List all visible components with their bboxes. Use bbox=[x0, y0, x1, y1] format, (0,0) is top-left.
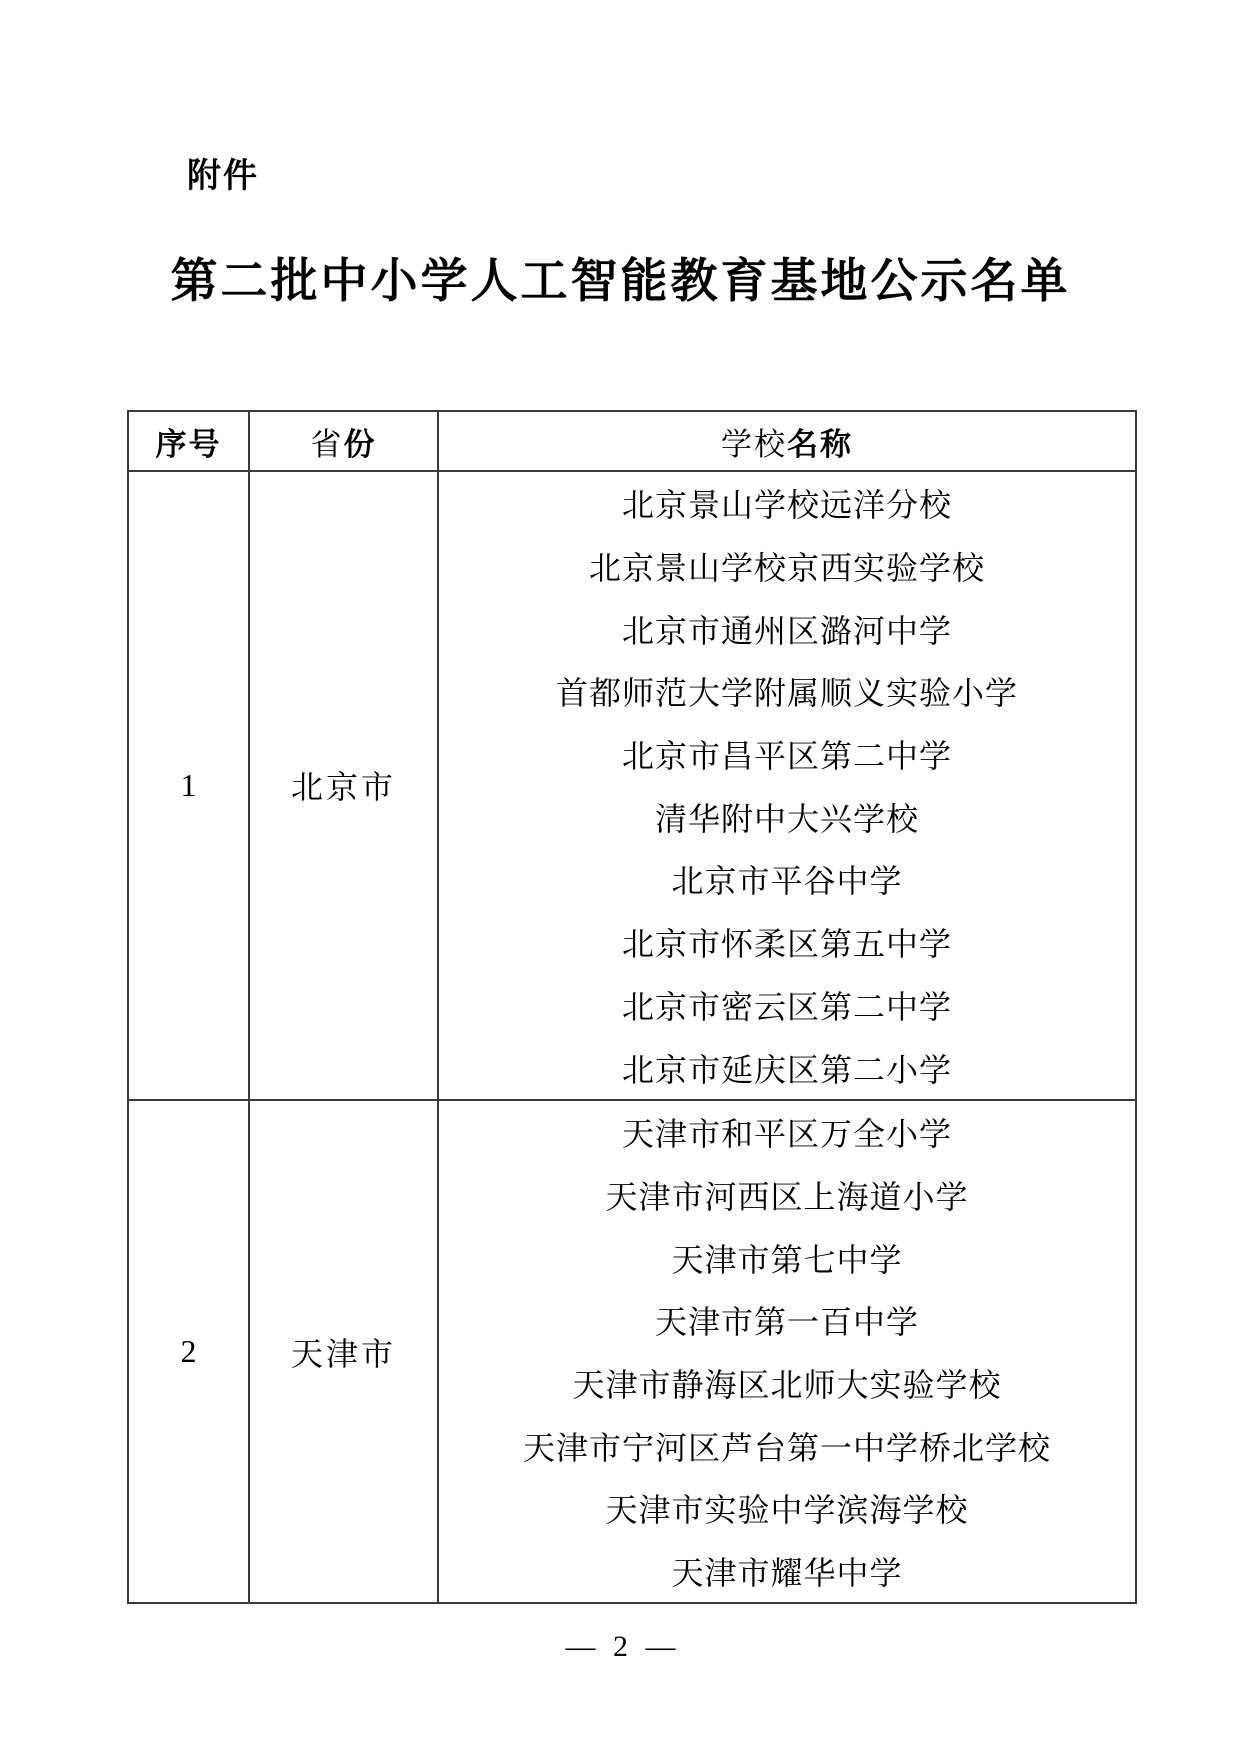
row-schools: 北京景山学校远洋分校北京景山学校京西实验学校北京市通州区潞河中学首都师范大学附属… bbox=[438, 471, 1136, 1100]
schools-table: 序号省份学校名称 1北京市北京景山学校远洋分校北京景山学校京西实验学校北京市通州… bbox=[127, 410, 1137, 1604]
page-title: 第二批中小学人工智能教育基地公示名单 bbox=[0, 244, 1241, 311]
row-province: 天津市 bbox=[249, 1100, 438, 1604]
school-name: 天津市静海区北师大实验学校 bbox=[439, 1352, 1135, 1415]
row-province: 北京市 bbox=[249, 471, 438, 1100]
row-schools: 天津市和平区万全小学天津市河西区上海道小学天津市第七中学天津市第一百中学天津市静… bbox=[438, 1100, 1136, 1604]
school-name: 清华附中大兴学校 bbox=[439, 785, 1135, 848]
column-header-school: 学校名称 bbox=[438, 411, 1136, 471]
school-name: 北京景山学校远洋分校 bbox=[439, 472, 1135, 535]
column-header-index-segment: 序号 bbox=[156, 427, 222, 462]
column-header-school-segment: 名称 bbox=[787, 427, 853, 462]
school-name: 天津市耀华中学 bbox=[439, 1540, 1135, 1603]
column-header-index: 序号 bbox=[128, 411, 249, 471]
school-name: 北京市延庆区第二小学 bbox=[439, 1036, 1135, 1099]
school-name: 首都师范大学附属顺义实验小学 bbox=[439, 660, 1135, 723]
page-number: — 2 — bbox=[0, 1630, 1241, 1664]
column-header-province: 省份 bbox=[249, 411, 438, 471]
table-row: 2天津市天津市和平区万全小学天津市河西区上海道小学天津市第七中学天津市第一百中学… bbox=[128, 1100, 1136, 1604]
row-index: 1 bbox=[128, 471, 249, 1100]
school-name: 天津市河西区上海道小学 bbox=[439, 1164, 1135, 1227]
school-name: 天津市宁河区芦台第一中学桥北学校 bbox=[439, 1414, 1135, 1477]
school-name: 北京市怀柔区第五中学 bbox=[439, 911, 1135, 974]
school-name: 北京市密云区第二中学 bbox=[439, 974, 1135, 1037]
table-row: 1北京市北京景山学校远洋分校北京景山学校京西实验学校北京市通州区潞河中学首都师范… bbox=[128, 471, 1136, 1100]
school-name: 北京景山学校京西实验学校 bbox=[439, 535, 1135, 598]
school-name: 北京市平谷中学 bbox=[439, 848, 1135, 911]
school-name: 天津市和平区万全小学 bbox=[439, 1101, 1135, 1164]
school-name: 天津市实验中学滨海学校 bbox=[439, 1477, 1135, 1540]
row-index: 2 bbox=[128, 1100, 249, 1604]
school-name: 天津市第七中学 bbox=[439, 1226, 1135, 1289]
column-header-province-segment: 省 bbox=[311, 427, 344, 462]
school-name: 北京市昌平区第二中学 bbox=[439, 723, 1135, 786]
column-header-province-segment: 份 bbox=[344, 427, 377, 462]
column-header-school-segment: 学校 bbox=[721, 427, 787, 462]
school-name: 北京市通州区潞河中学 bbox=[439, 597, 1135, 660]
attachment-label: 附件 bbox=[187, 158, 259, 195]
table-header-row: 序号省份学校名称 bbox=[128, 411, 1136, 471]
document-page: 附件 第二批中小学人工智能教育基地公示名单 序号省份学校名称 1北京市北京景山学… bbox=[0, 0, 1241, 1755]
school-name: 天津市第一百中学 bbox=[439, 1289, 1135, 1352]
